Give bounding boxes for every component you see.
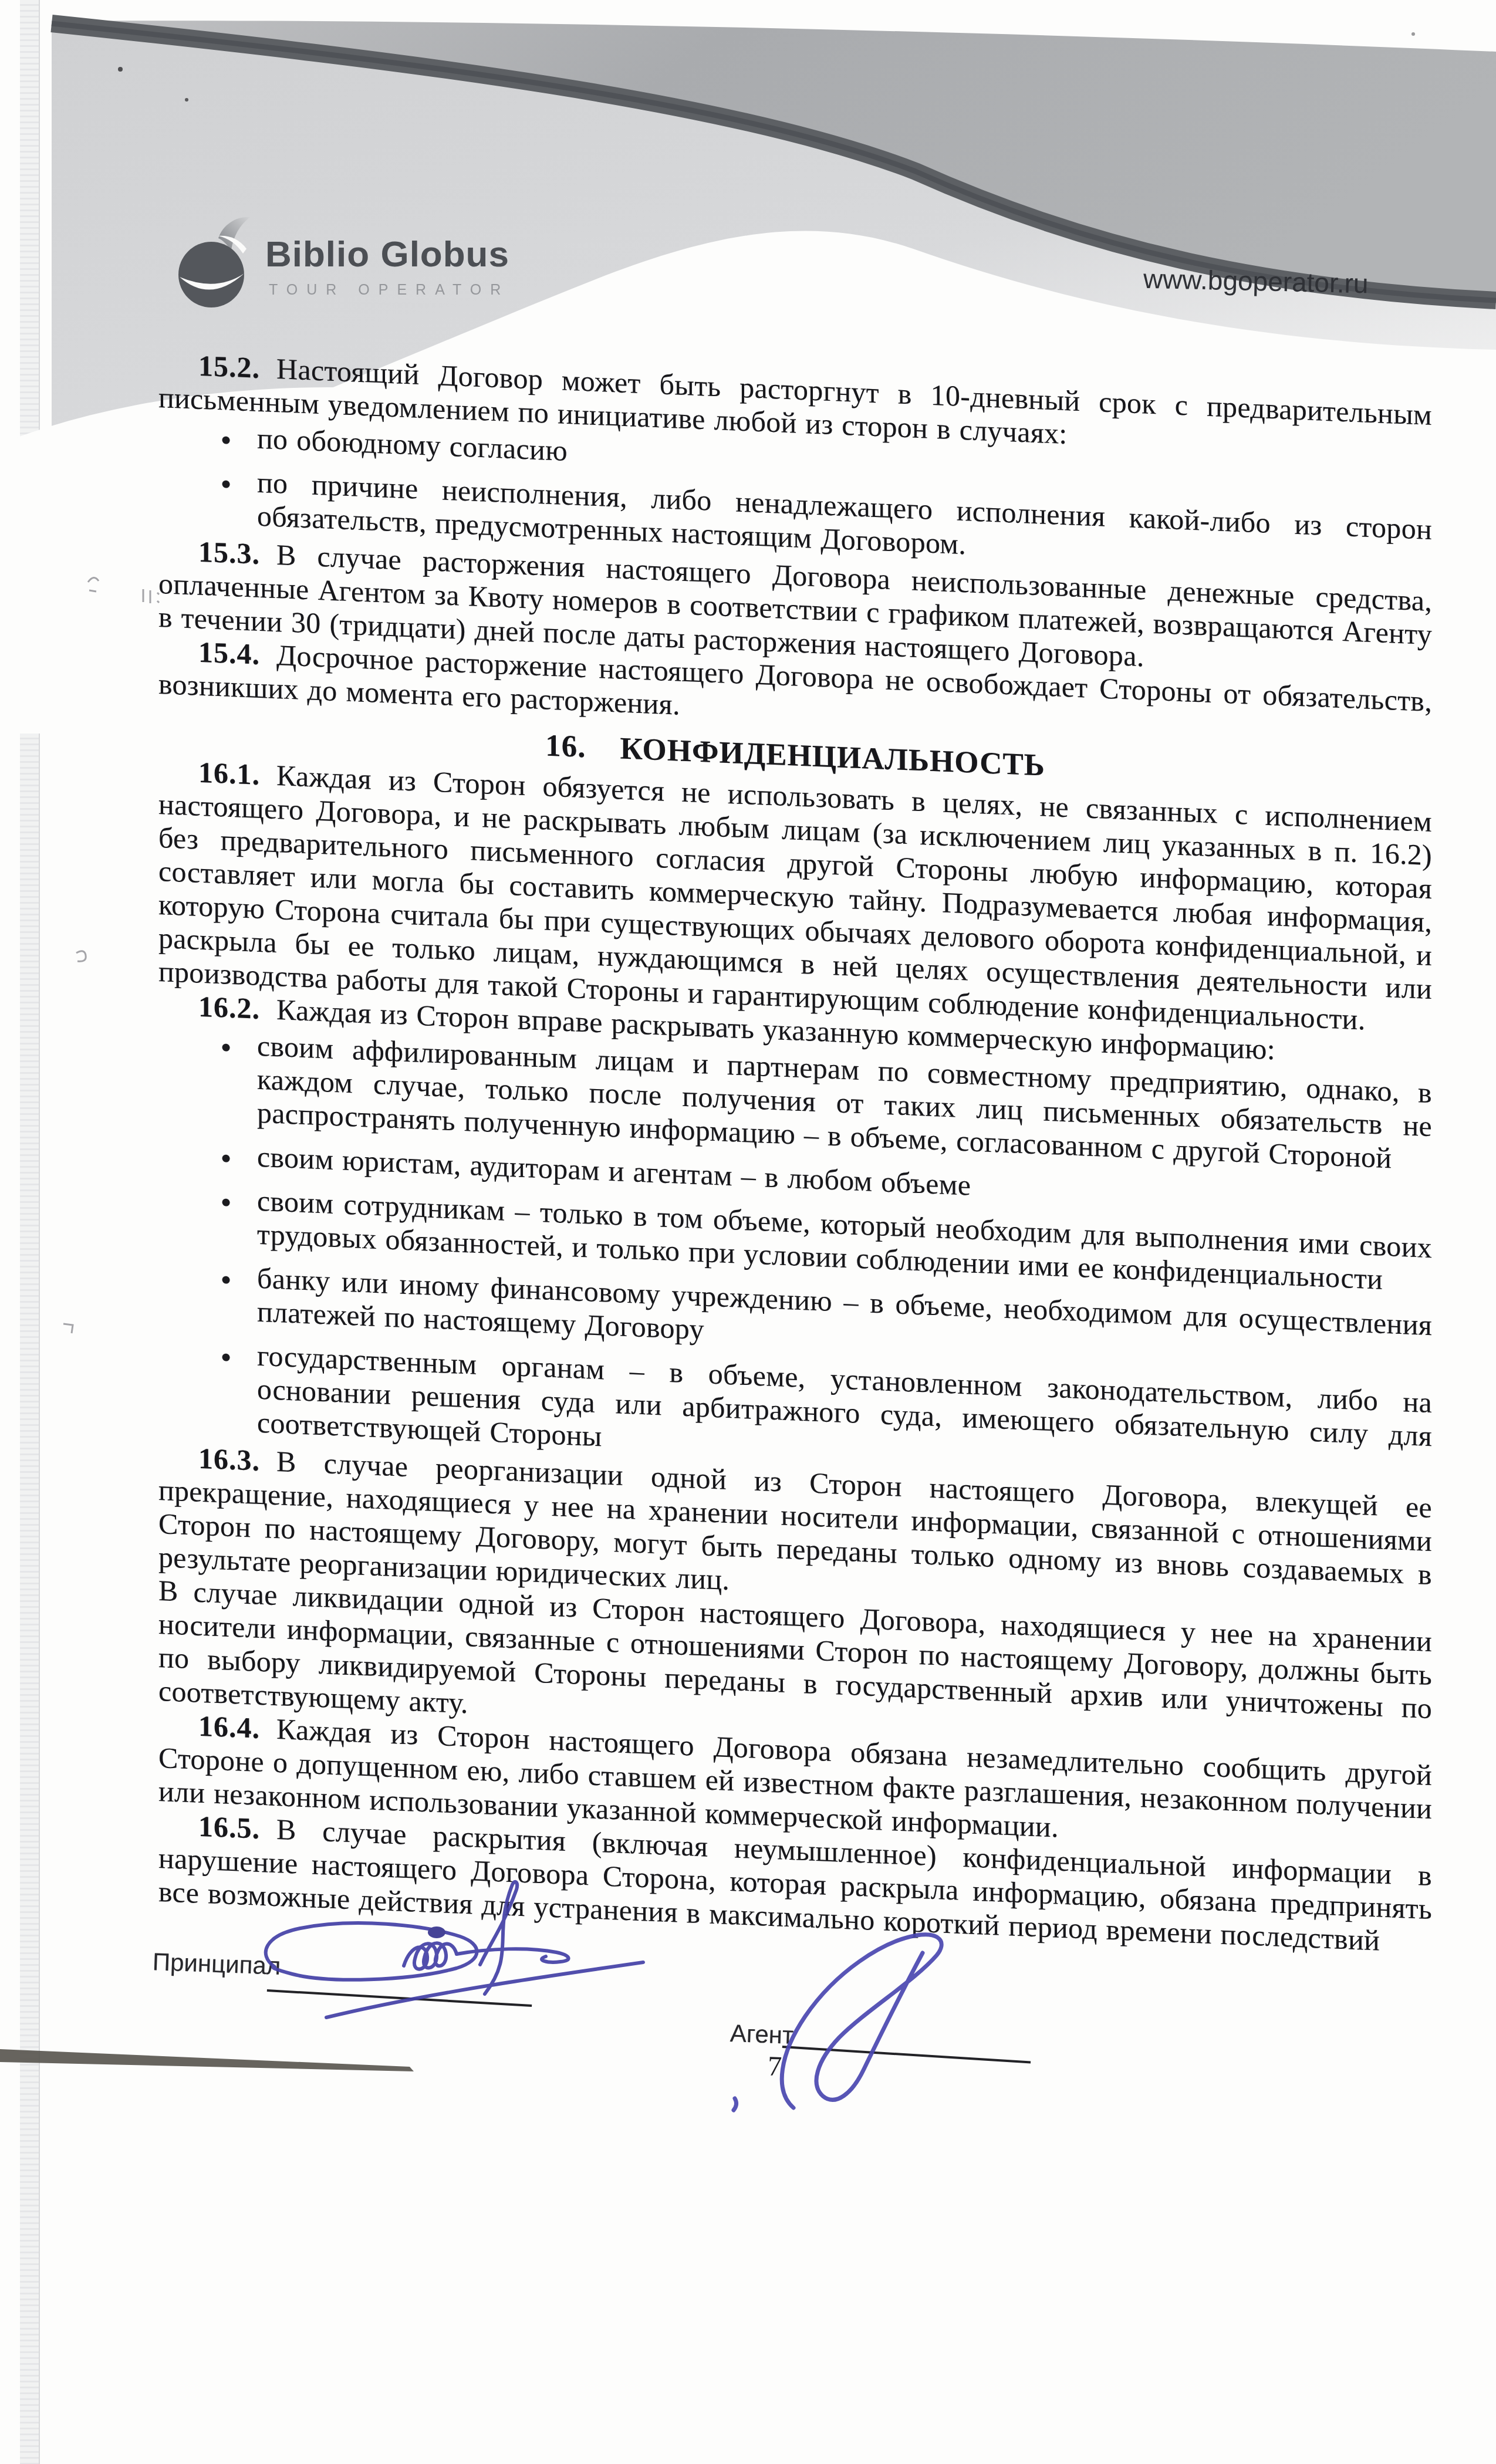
clause-16-2-list: своим аффилированным лицам и партнерам п…	[158, 1025, 1432, 1486]
contract-text: 15.2.Настоящий Договор может быть растор…	[158, 347, 1432, 1959]
scanned-contract-page: Biblio Globus TOUR OPERATOR www.bgoperat…	[0, 0, 1496, 2464]
scan-artifact-bottom-streak	[0, 2049, 414, 2071]
website-url: www.bgoperator.ru	[1143, 263, 1369, 300]
clause-number: 16.4.	[198, 1709, 260, 1745]
scan-speck	[118, 67, 123, 72]
chapter-number: 16.	[545, 728, 586, 764]
agent-signature-label: Агент	[730, 2021, 794, 2048]
clause-number: 15.4.	[198, 636, 260, 671]
clause-number: 16.5.	[198, 1810, 260, 1845]
brand-name: Biblio Globus	[265, 235, 509, 275]
clause-text: Каждая из Сторон обязуется не использова…	[158, 759, 1432, 1036]
clause-number: 16.3.	[198, 1442, 260, 1477]
principal-signature-line	[267, 1989, 532, 2007]
clause-number: 15.3.	[198, 535, 260, 570]
biblio-globus-logo-icon	[174, 215, 256, 315]
clause-number: 15.2.	[198, 349, 260, 384]
clause-number: 16.2.	[198, 990, 260, 1025]
scan-speck	[185, 98, 188, 102]
page-number: 7	[767, 2053, 782, 2081]
principal-signature-label: Принципал	[152, 1949, 281, 1979]
scan-speck	[1411, 32, 1415, 36]
brand-subtitle: TOUR OPERATOR	[269, 283, 509, 298]
clause-number: 16.1.	[198, 756, 260, 791]
agent-signature-line	[782, 2046, 1031, 2064]
logo-disc	[178, 242, 244, 307]
